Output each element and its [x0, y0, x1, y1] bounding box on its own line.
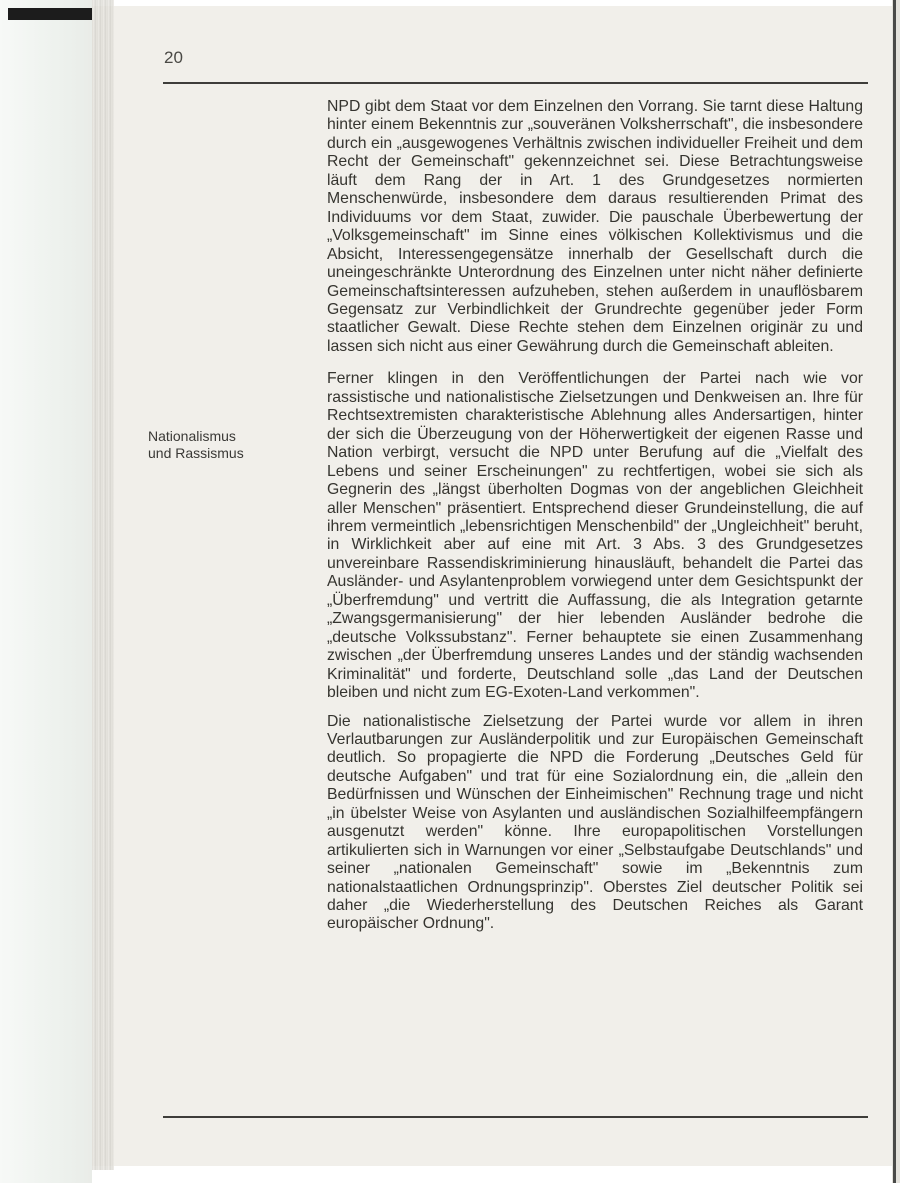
- margin-note-line: Nationalismus: [148, 428, 308, 445]
- scan-left-margin: [0, 0, 92, 1183]
- margin-note-line: und Rassismus: [148, 445, 308, 462]
- body-text: NPD gibt dem Staat vor dem Einzelnen den…: [327, 98, 863, 934]
- paragraph: NPD gibt dem Staat vor dem Einzelnen den…: [327, 98, 863, 356]
- scan-edge-mark: [8, 8, 92, 20]
- scan-right-edge-line: [893, 0, 896, 1183]
- page-number: 20: [164, 48, 183, 68]
- footer-rule: [163, 1116, 868, 1118]
- paragraph: Die nationalistische Zielsetzung der Par…: [327, 713, 863, 934]
- paragraph: Ferner klingen in den Veröffentlichungen…: [327, 370, 863, 702]
- header-rule: [163, 82, 868, 84]
- page-edge-stack: [92, 0, 114, 1170]
- margin-note-heading: Nationalismus und Rassismus: [148, 428, 308, 462]
